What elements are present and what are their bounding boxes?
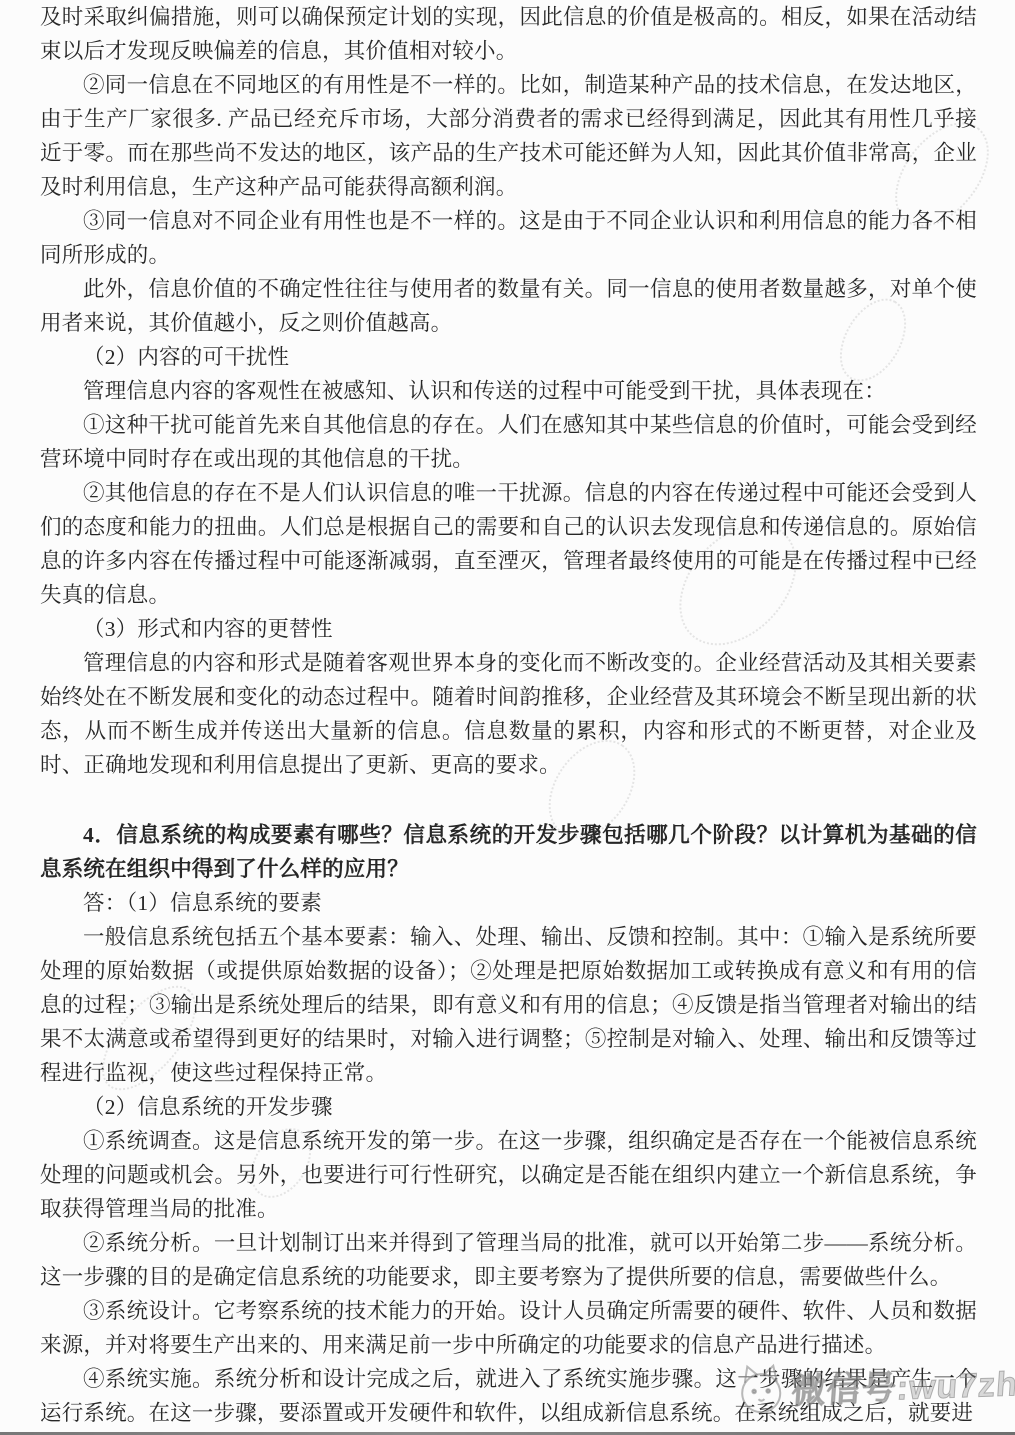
paragraph-continuation: 及时采取纠偏措施，则可以确保预定计划的实现，因此信息的价值是极高的。相反，如果在…	[40, 0, 977, 68]
question-4-heading: 4．信息系统的构成要素有哪些？信息系统的开发步骤包括哪几个阶段？以计算机为基础的…	[40, 818, 977, 886]
paragraph-point-2-region: ②同一信息在不同地区的有用性是不一样的。比如，制造某种产品的技术信息，在发达地区…	[40, 68, 977, 204]
paragraph-interference-1: ①这种干扰可能首先来自其他信息的存在。人们在感知其中某些信息的价值时，可能会受到…	[40, 408, 977, 476]
document-text-block: 及时采取纠偏措施，则可以确保预定计划的实现，因此信息的价值是极高的。相反，如果在…	[40, 0, 977, 1430]
paragraph-step-1-survey: ①系统调查。这是信息系统开发的第一步。在这一步骤，组织确定是否存在一个能被信息系…	[40, 1124, 977, 1226]
paragraph-form-content: 管理信息的内容和形式是随着客观世界本身的变化而不断改变的。企业经营活动及其相关要…	[40, 646, 977, 782]
subheading-form-content-replacement: （3）形式和内容的更替性	[40, 612, 977, 646]
subheading-content-interference: （2）内容的可干扰性	[40, 340, 977, 374]
paragraph-interference-intro: 管理信息内容的客观性在被感知、认识和传送的过程中可能受到干扰，具体表现在：	[40, 374, 977, 408]
paragraph-step-3-design: ③系统设计。它考察系统的技术能力的开始。设计人员确定所需要的硬件、软件、人员和数…	[40, 1294, 977, 1362]
scanned-document-page: 及时采取纠偏措施，则可以确保预定计划的实现，因此信息的价值是极高的。相反，如果在…	[0, 0, 1015, 1435]
paragraph-point-3-enterprise: ③同一信息对不同企业有用性也是不一样的。这是由于不同企业认识和利用信息的能力各不…	[40, 204, 977, 272]
paragraph-step-2-analysis: ②系统分析。一旦计划制订出来并得到了管理当局的批准，就可以开始第二步——系统分析…	[40, 1226, 977, 1294]
paragraph-value-uncertainty: 此外，信息价值的不确定性往往与使用者的数量有关。同一信息的使用者数量越多，对单个…	[40, 272, 977, 340]
answer-subheading-elements: 答：（1）信息系统的要素	[40, 886, 977, 920]
subheading-development-steps: （2）信息系统的开发步骤	[40, 1090, 977, 1124]
paragraph-five-elements: 一般信息系统包括五个基本要素：输入、处理、输出、反馈和控制。其中：①输入是系统所…	[40, 920, 977, 1090]
paragraph-step-4-implementation: ④系统实施。系统分析和设计完成之后，就进入了系统实施步骤。这一步骤的结果是产生一…	[40, 1362, 977, 1430]
paragraph-interference-2: ②其他信息的存在不是人们认识信息的唯一干扰源。信息的内容在传递过程中可能还会受到…	[40, 476, 977, 612]
